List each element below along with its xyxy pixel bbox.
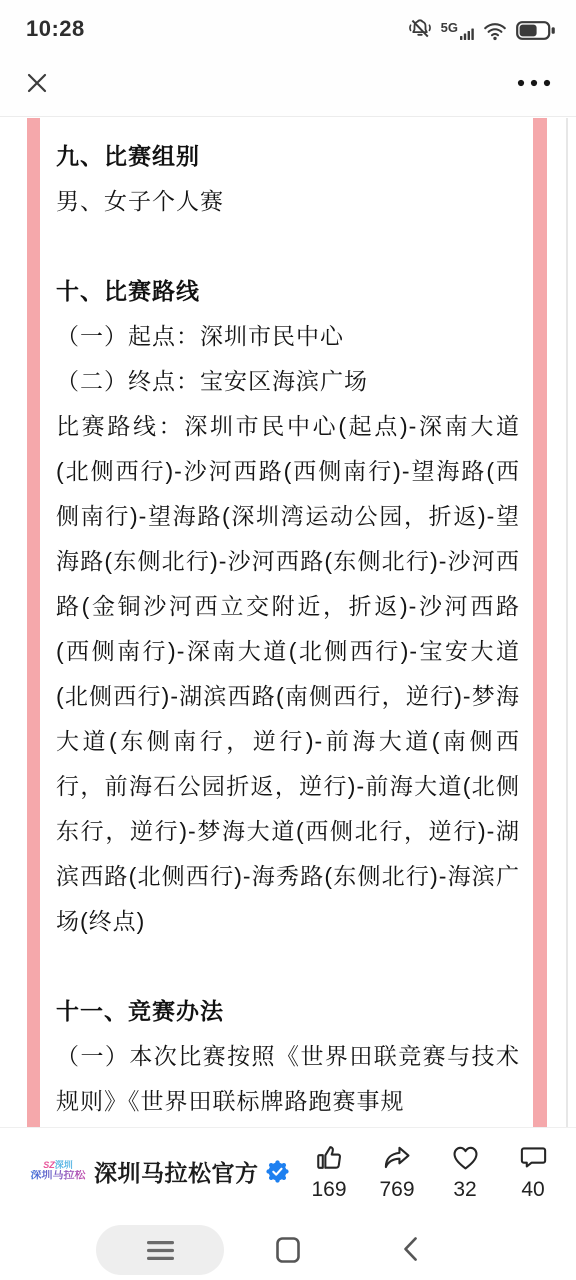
right-decor-stripe: [533, 118, 547, 1127]
heart-icon: [450, 1142, 481, 1173]
recents-square-icon: [276, 1237, 300, 1263]
status-icons: 5G: [408, 17, 556, 41]
account-link[interactable]: SZ深圳 深圳马拉松 深圳马拉松官方: [30, 1155, 289, 1188]
comment-count: 40: [521, 1178, 544, 1202]
article-body: 九、比赛组别男、女子个人赛十、比赛路线（一）起点：深圳市民中心（二）终点：宝安区…: [56, 134, 520, 1124]
article-paragraph: （一）本次比赛按照《世界田联竞赛与技术规则》《世界田联标牌路跑赛事规: [56, 1034, 520, 1124]
article-heading: 九、比赛组别: [56, 134, 520, 179]
share-button[interactable]: 769: [374, 1142, 420, 1202]
thumbs-up-icon: [314, 1142, 345, 1173]
back-button[interactable]: [400, 1235, 420, 1268]
favorite-button[interactable]: 32: [442, 1142, 488, 1202]
more-options-button[interactable]: [516, 78, 552, 88]
top-nav-bar: [0, 50, 576, 117]
recent-apps-button[interactable]: [276, 1237, 300, 1268]
article-paragraph: [56, 224, 520, 269]
logo-bottom-text: 深圳马拉松: [30, 1170, 86, 1182]
battery-icon: [516, 21, 556, 41]
verified-badge-icon: [266, 1160, 289, 1183]
account-name: 深圳马拉松官方: [94, 1155, 259, 1188]
article-paragraph: 男、女子个人赛: [56, 179, 520, 224]
status-bar: 10:28 5G: [0, 0, 576, 50]
comment-button[interactable]: 40: [510, 1142, 556, 1202]
article-paragraph: （一）起点：深圳市民中心: [56, 314, 520, 359]
article-heading: 十、比赛路线: [56, 269, 520, 314]
article-paragraph: （二）终点：宝安区海滨广场: [56, 359, 520, 404]
comment-bubble-icon: [518, 1142, 549, 1173]
back-chevron-icon: [400, 1235, 420, 1263]
favorite-count: 32: [453, 1178, 476, 1202]
article-paragraph: [56, 944, 520, 989]
close-icon: [24, 70, 50, 96]
clock: 10:28: [26, 16, 85, 42]
article-paragraph: 比赛路线：深圳市民中心(起点)-深南大道(北侧西行)-沙河西路(西侧南行)-望海…: [56, 404, 520, 944]
share-arrow-icon: [382, 1142, 413, 1173]
hamburger-icon: [147, 1241, 174, 1260]
account-avatar-logo: SZ深圳 深圳马拉松: [30, 1161, 86, 1182]
bottom-action-bar: SZ深圳 深圳马拉松 深圳马拉松官方 169: [0, 1127, 576, 1215]
scrollbar[interactable]: [566, 118, 568, 1127]
like-button[interactable]: 169: [306, 1142, 352, 1202]
android-nav-bar: [0, 1215, 576, 1280]
left-decor-stripe: [27, 118, 40, 1127]
network-5g-indicator: 5G: [441, 21, 474, 41]
menu-button[interactable]: [96, 1225, 224, 1275]
close-button[interactable]: [24, 70, 50, 96]
sim1-signal-bars-icon: [460, 21, 474, 41]
share-count: 769: [379, 1178, 414, 1202]
more-dots-icon: [516, 78, 552, 88]
article-scroll-area[interactable]: 九、比赛组别男、女子个人赛十、比赛路线（一）起点：深圳市民中心（二）终点：宝安区…: [0, 118, 576, 1127]
mute-bell-icon: [408, 17, 432, 41]
network-type-label: 5G: [441, 21, 458, 34]
engagement-stats: 169 769 32 40: [306, 1142, 556, 1202]
like-count: 169: [311, 1178, 346, 1202]
wifi-icon: [483, 21, 507, 41]
article-heading: 十一、竞赛办法: [56, 989, 520, 1034]
